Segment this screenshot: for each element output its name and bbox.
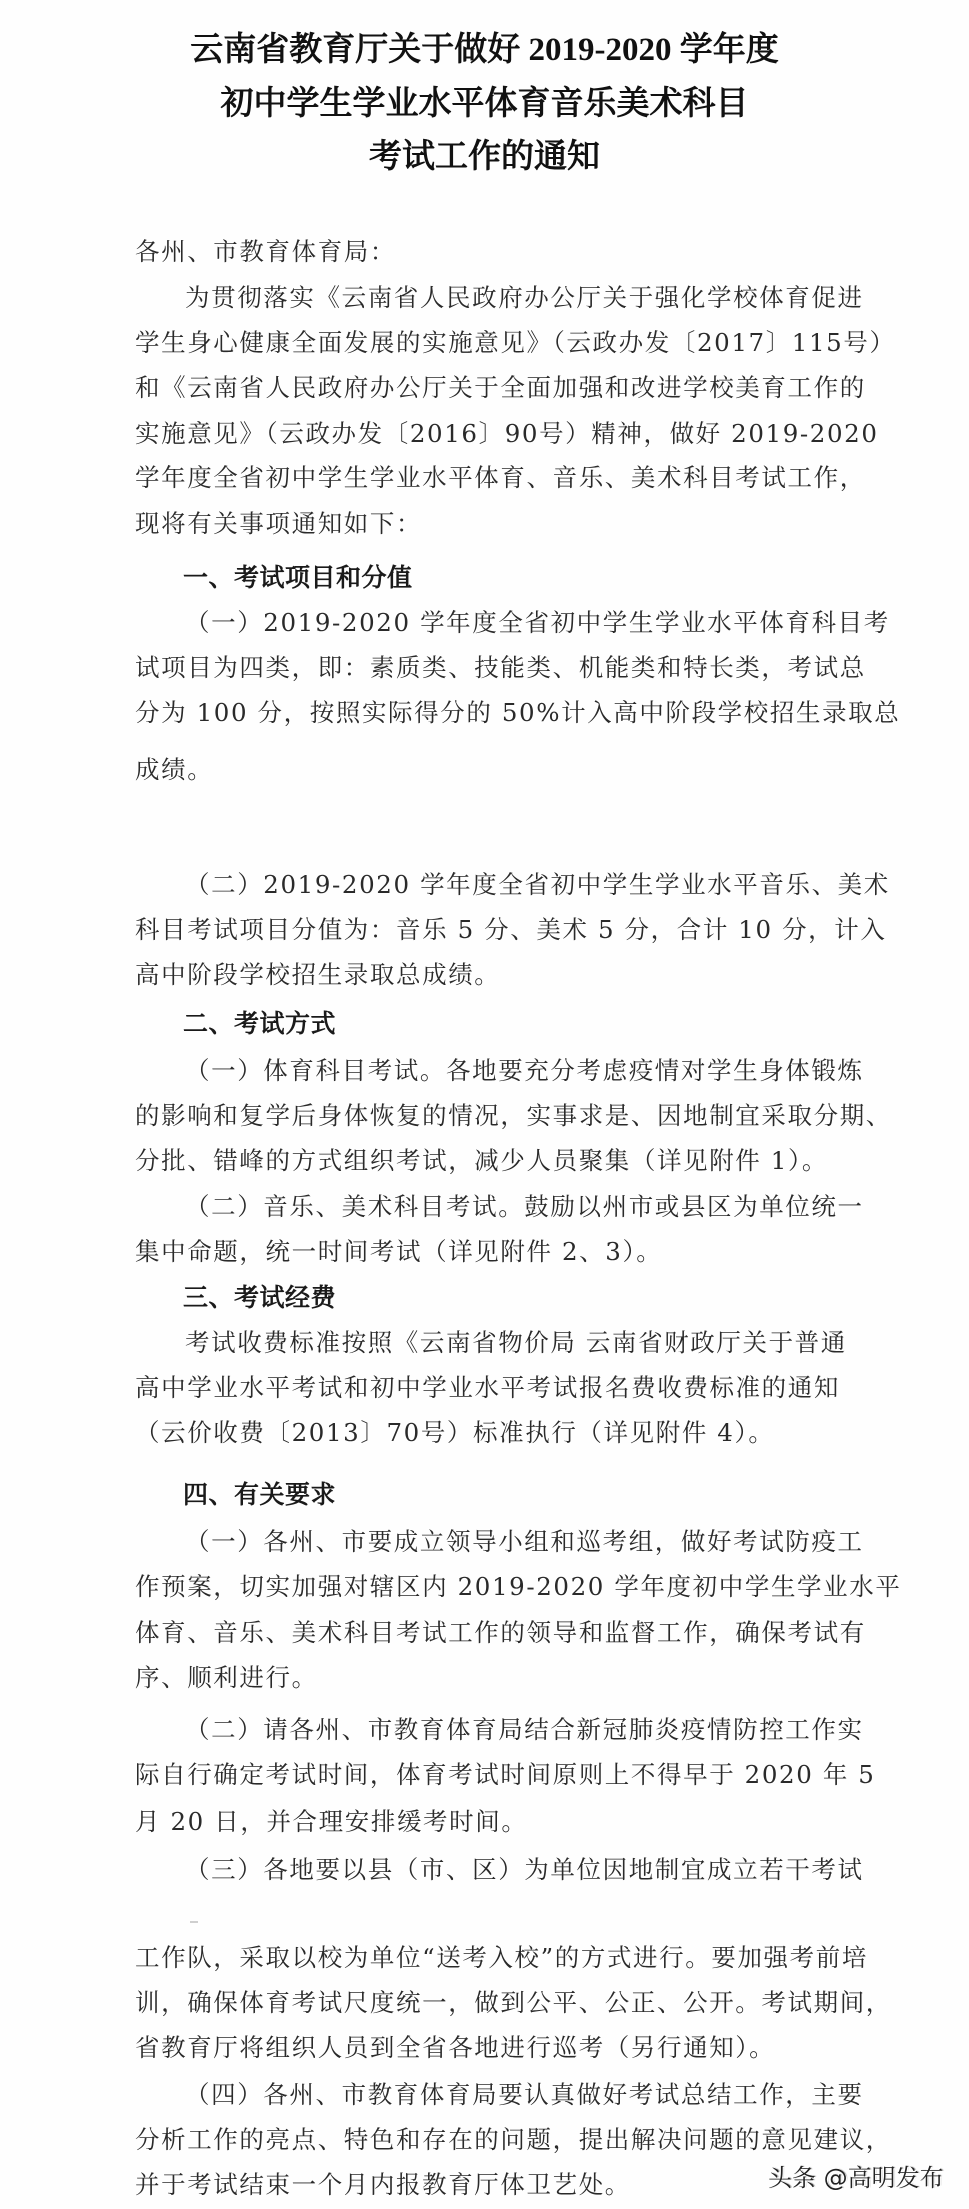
title-line-2: 初中学生学业水平体育音乐美术科目 (0, 84, 969, 124)
paragraph-line: 的影响和复学后身体恢复的情况，实事求是、因地制宜采取分期、 (135, 1099, 840, 1133)
paragraph-line: （二）请各州、市教育体育局结合新冠肺炎疫情防控工作实 (185, 1713, 840, 1747)
paragraph-line: 成绩。 (135, 753, 840, 787)
intro-line: 学生身心健康全面发展的实施意见》（云政办发〔2017〕115号） (135, 326, 840, 360)
scan-artifact (190, 1921, 198, 1923)
paragraph-line: （云价收费〔2013〕70号）标准执行（详见附件 4）。 (135, 1416, 840, 1450)
paragraph-line: 高中学业水平考试和初中学业水平考试报名费收费标准的通知 (135, 1371, 840, 1405)
paragraph-line: （三）各地要以县（市、区）为单位因地制宜成立若干考试 (185, 1853, 840, 1887)
paragraph-line: 体育、音乐、美术科目考试工作的领导和监督工作，确保考试有 (135, 1616, 840, 1650)
paragraph-line: 省教育厅将组织人员到全省各地进行巡考（另行通知）。 (135, 2031, 840, 2065)
paragraph-line: 工作队，采取以校为单位“送考入校”的方式进行。要加强考前培 (135, 1941, 840, 1975)
paragraph-line: （四）各州、市教育体育局要认真做好考试总结工作，主要 (185, 2078, 805, 2112)
watermark-label: 头条 @高明发布 (768, 2158, 944, 2193)
paragraph-line: 分析工作的亮点、特色和存在的问题，提出解决问题的意见建议， (135, 2123, 755, 2157)
salutation: 各州、市教育体育局： (135, 235, 840, 269)
paragraph-line: （一）2019-2020 学年度全省初中学生学业水平体育科目考 (185, 606, 840, 640)
title-line-1: 云南省教育厅关于做好 2019-2020 学年度 (0, 30, 969, 70)
title-line-3: 考试工作的通知 (0, 137, 969, 177)
paragraph-line: （二）音乐、美术科目考试。鼓励以州市或县区为单位统一 (185, 1190, 840, 1224)
paragraph-line: 并于考试结束一个月内报教育厅体卫艺处。 (135, 2168, 840, 2202)
paragraph-line: 分批、错峰的方式组织考试，减少人员聚集（详见附件 1）。 (135, 1144, 840, 1178)
paragraph-line: 月 20 日，并合理安排缓考时间。 (135, 1805, 840, 1839)
section-heading-2: 二、考试方式 (183, 1007, 888, 1041)
paragraph-line: （二）2019-2020 学年度全省初中学生学业水平音乐、美术 (185, 868, 840, 902)
paragraph-line: 分为 100 分，按照实际得分的 50%计入高中阶段学校招生录取总 (135, 696, 840, 730)
paragraph-line: （一）各州、市要成立领导小组和巡考组，做好考试防疫工 (185, 1525, 840, 1559)
section-heading-4: 四、有关要求 (183, 1478, 888, 1512)
paragraph-line: 高中阶段学校招生录取总成绩。 (135, 958, 840, 992)
section-heading-1: 一、考试项目和分值 (183, 561, 888, 595)
paragraph-line: 训，确保体育考试尺度统一，做到公平、公正、公开。考试期间， (135, 1986, 840, 2020)
paragraph-line: 序、顺利进行。 (135, 1661, 840, 1695)
paragraph-line: 际自行确定考试时间，体育考试时间原则上不得早于 2020 年 5 (135, 1758, 840, 1792)
intro-line: 和《云南省人民政府办公厅关于全面加强和改进学校美育工作的 (135, 371, 840, 405)
paragraph-line: 集中命题，统一时间考试（详见附件 2、3）。 (135, 1235, 840, 1269)
paragraph-line: （一）体育科目考试。各地要充分考虑疫情对学生身体锻炼 (185, 1054, 840, 1088)
intro-line: 为贯彻落实《云南省人民政府办公厅关于强化学校体育促进 (185, 281, 840, 315)
paragraph-line: 试项目为四类，即：素质类、技能类、机能类和特长类，考试总 (135, 651, 840, 685)
intro-line: 实施意见》（云政办发〔2016〕90号）精神，做好 2019-2020 (135, 417, 840, 451)
document-page: 云南省教育厅关于做好 2019-2020 学年度 初中学生学业水平体育音乐美术科… (0, 0, 969, 2209)
paragraph-line: 科目考试项目分值为：音乐 5 分、美术 5 分，合计 10 分，计入 (135, 913, 840, 947)
section-heading-3: 三、考试经费 (183, 1281, 888, 1315)
paragraph-line: 考试收费标准按照《云南省物价局 云南省财政厅关于普通 (185, 1326, 840, 1360)
paragraph-line: 作预案，切实加强对辖区内 2019-2020 学年度初中学生学业水平 (135, 1570, 840, 1604)
intro-line: 学年度全省初中学生学业水平体育、音乐、美术科目考试工作， (135, 461, 840, 495)
intro-line: 现将有关事项通知如下： (135, 507, 840, 541)
